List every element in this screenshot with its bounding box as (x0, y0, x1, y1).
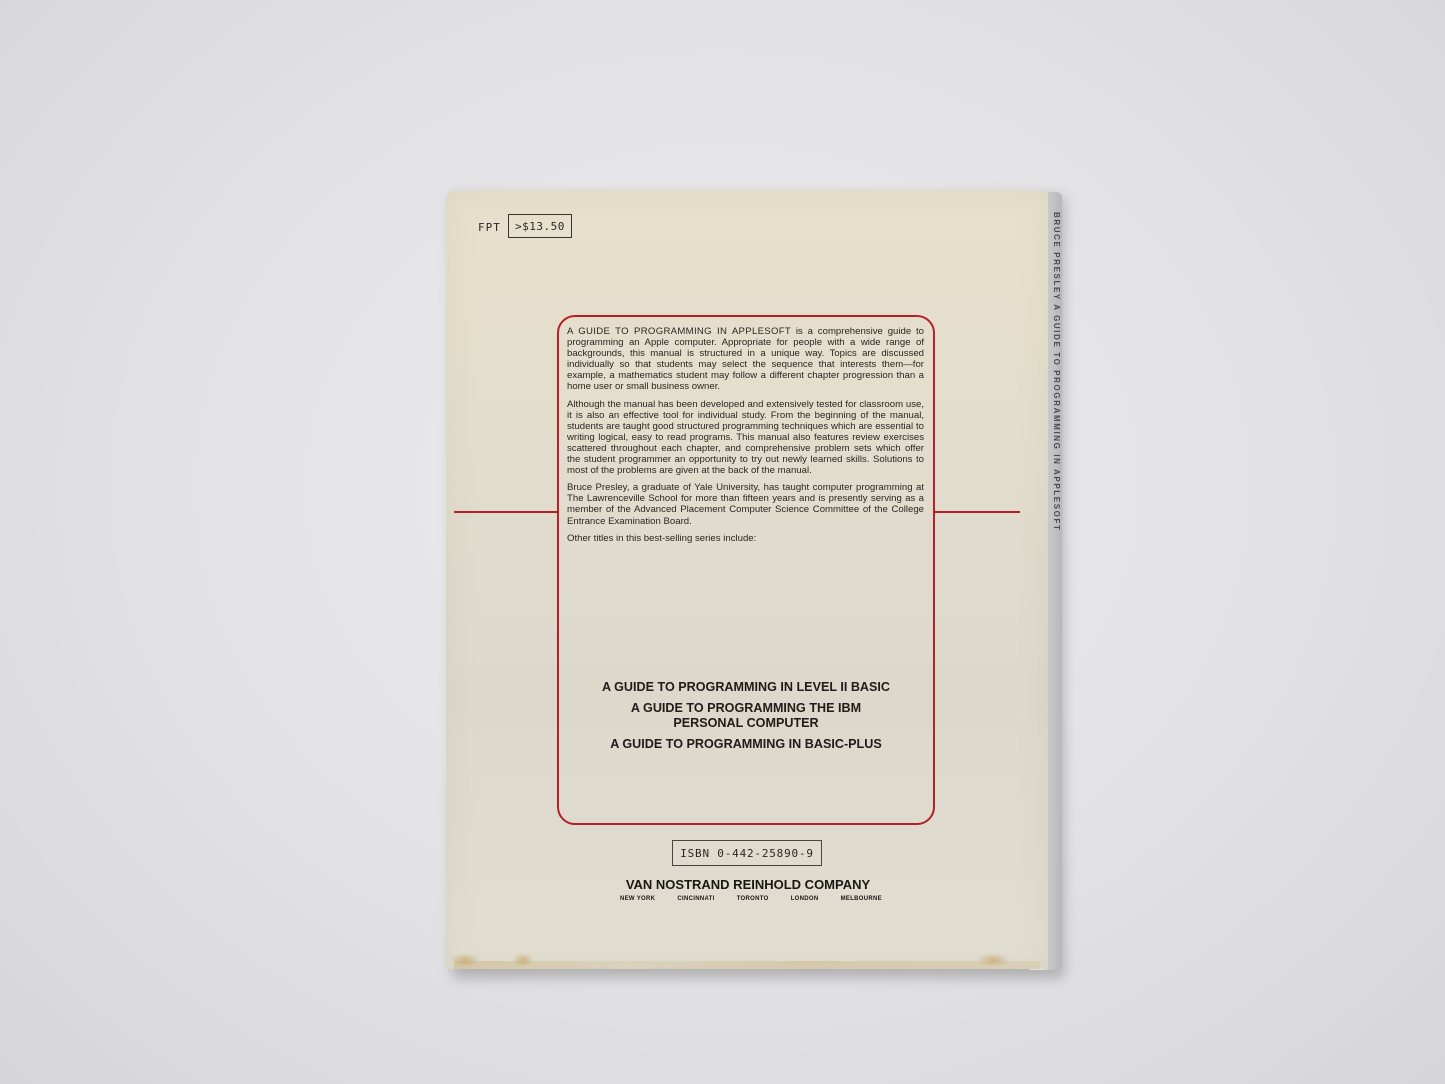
worn-bottom-edge (454, 961, 1040, 969)
book-description: A GUIDE TO PROGRAMMING IN APPLESOFT is a… (567, 326, 924, 550)
city: NEW YORK (620, 896, 655, 902)
blurb-paragraph-1: A GUIDE TO PROGRAMMING IN APPLESOFT is a… (567, 326, 924, 393)
series-title: A GUIDE TO PROGRAMMING THE IBM PERSONAL … (621, 701, 871, 732)
blurb-paragraph-2: Although the manual has been developed a… (567, 399, 924, 477)
book-title-caps: A GUIDE TO PROGRAMMING IN APPLESOFT (567, 326, 791, 337)
spine-text: BRUCE PRESLEY A GUIDE TO PROGRAMMING IN … (1051, 212, 1061, 952)
series-title: A GUIDE TO PROGRAMMING IN LEVEL II BASIC (560, 680, 932, 696)
city: CINCINNATI (677, 896, 714, 902)
red-rule-left (454, 511, 558, 513)
price-box: >$13.50 (508, 214, 572, 238)
city: MELBOURNE (841, 896, 882, 902)
series-intro: Other titles in this best-selling series… (567, 533, 924, 544)
red-rule-right (934, 511, 1020, 513)
series-titles: A GUIDE TO PROGRAMMING IN LEVEL II BASIC… (560, 680, 932, 757)
city: LONDON (791, 896, 819, 902)
city: TORONTO (737, 896, 769, 902)
author-bio: Bruce Presley, a graduate of Yale Univer… (567, 482, 924, 526)
stain-mark (450, 953, 480, 967)
series-title: A GUIDE TO PROGRAMMING IN BASIC-PLUS (560, 737, 932, 753)
publisher-name: VAN NOSTRAND REINHOLD COMPANY (560, 877, 936, 892)
stain-mark (512, 953, 534, 967)
isbn-box: ISBN 0-442-25890-9 (672, 840, 822, 866)
price-code-label: FPT (478, 221, 501, 234)
publisher-cities: NEW YORK CINCINNATI TORONTO LONDON MELBO… (620, 896, 882, 902)
stain-mark (976, 953, 1010, 967)
